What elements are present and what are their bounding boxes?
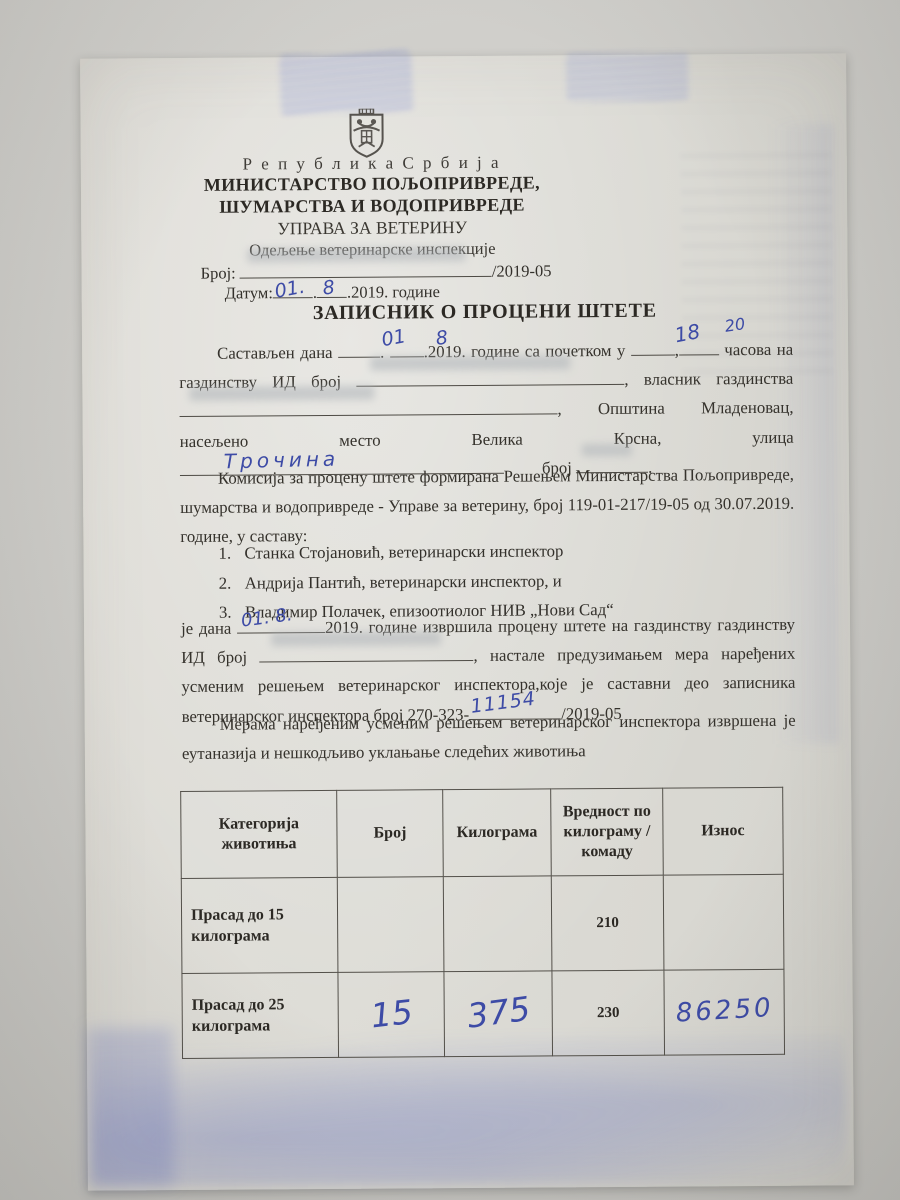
ministry-line-1: МИНИСТАРСТВО ПОЉОПРИВРЕДЕ, (177, 172, 567, 196)
p1-text: Општина (598, 399, 665, 418)
number-blank (240, 259, 492, 279)
cell-empty (337, 877, 444, 973)
cell-empty (663, 874, 784, 970)
cell-value-per-unit: 210 (551, 875, 664, 971)
table-row: Прасад до 25 килограма 15 375 230 86250 (182, 969, 785, 1058)
republic-line: Р е п у б л и к а С р б и ј а (177, 152, 567, 175)
member-name: Станка Стојановић, ветеринарски инспекто… (244, 541, 563, 562)
table-row: Прасад до 15 килограма 210 (181, 874, 784, 973)
handwritten-count: 15 (368, 992, 414, 1035)
p1-comma2: , (557, 400, 561, 419)
damage-table: Категорија животиња Број Килограма Вредн… (180, 787, 785, 1059)
commission-member: 2.Андрија Пантић, ветеринарски инспектор… (219, 564, 779, 598)
p1-minute-blank: 20 (679, 337, 719, 355)
house-number-redaction (582, 444, 632, 456)
cell-kilograms: 375 (444, 971, 553, 1057)
table-header-row: Категорија животиња Број Килограма Вредн… (181, 787, 784, 878)
p1-text: , власник (624, 370, 701, 390)
cell-category: Прасад до 15 килограма (181, 877, 338, 973)
member-number: 1. (218, 539, 244, 569)
handwritten-date-day: 01. (273, 276, 307, 303)
handwritten-kilograms: 375 (464, 989, 531, 1036)
member-name: Андрија Пантић, ветеринарски инспектор, … (245, 571, 562, 592)
col-header-value-per-unit: Вредност по килограму / комаду (551, 788, 664, 876)
p1-text: Састављен дана (217, 343, 333, 363)
col-header-count: Број (337, 790, 444, 878)
handwritten-date-month: 8 (322, 276, 336, 299)
commission-member: 1.Станка Стојановић, ветеринарски инспек… (218, 535, 778, 569)
col-header-category: Категорија животиња (181, 790, 338, 878)
blue-smudge-top-right (566, 51, 689, 102)
cell-count: 15 (338, 972, 445, 1058)
handwritten-month: 8 (396, 323, 449, 358)
cell-value-per-unit: 230 (552, 970, 665, 1056)
handwritten-amount: 86250 (675, 993, 774, 1029)
document-date-line: Датум:01..8.2019. године (225, 279, 440, 303)
p1-month-blank: 8 (390, 339, 424, 357)
p3-text: је дана (181, 619, 231, 638)
blue-wash-bottom-left (87, 1028, 174, 1187)
p1-farm-id-blank (356, 367, 624, 387)
serbia-coat-of-arms-icon (346, 109, 386, 159)
col-header-amount: Износ (663, 787, 784, 875)
cell-amount: 86250 (664, 969, 785, 1055)
date-day-blank: 01. (273, 280, 313, 298)
p3-date-blank: 01. 8. (237, 615, 325, 634)
col-header-kilograms: Килограма (443, 789, 552, 877)
number-redaction (248, 247, 466, 263)
p3-farm-id-blank (259, 643, 473, 663)
ministry-line-2: ШУМАРСТВА И ВОДОПРИВРЕДЕ (177, 194, 567, 218)
directorate-line: УПРАВА ЗА ВЕТЕРИНУ (177, 216, 567, 240)
date-label: Датум: (225, 283, 273, 302)
owner-redaction (189, 386, 374, 401)
p1-text: газдинства (716, 369, 793, 389)
p1-hour-blank: 18 (631, 337, 675, 355)
paragraph-measures: Мерама наређеним усменим решењем ветерин… (182, 706, 796, 769)
date-suffix: .2019. године (347, 282, 440, 302)
farm-id-redaction (370, 355, 570, 370)
damage-table-wrapper: Категорија животиња Број Килограма Вредн… (180, 787, 785, 1059)
document-paper: Р е п у б л и к а С р б и ј а МИНИСТАРСТ… (80, 53, 854, 1190)
cell-empty (443, 876, 552, 972)
cell-category: Прасад до 25 килограма (182, 972, 339, 1058)
p1-owner-blank (179, 397, 557, 418)
number-suffix: /2019-05 (492, 261, 552, 280)
farm-id-redaction-2 (271, 631, 441, 646)
handwritten-assessment-date: 01. 8. (239, 600, 294, 636)
member-number: 2. (219, 568, 245, 598)
date-month-blank: 8 (317, 280, 347, 298)
blue-smudge-top-left (279, 50, 413, 115)
p1-day-blank: 01 (338, 339, 380, 357)
